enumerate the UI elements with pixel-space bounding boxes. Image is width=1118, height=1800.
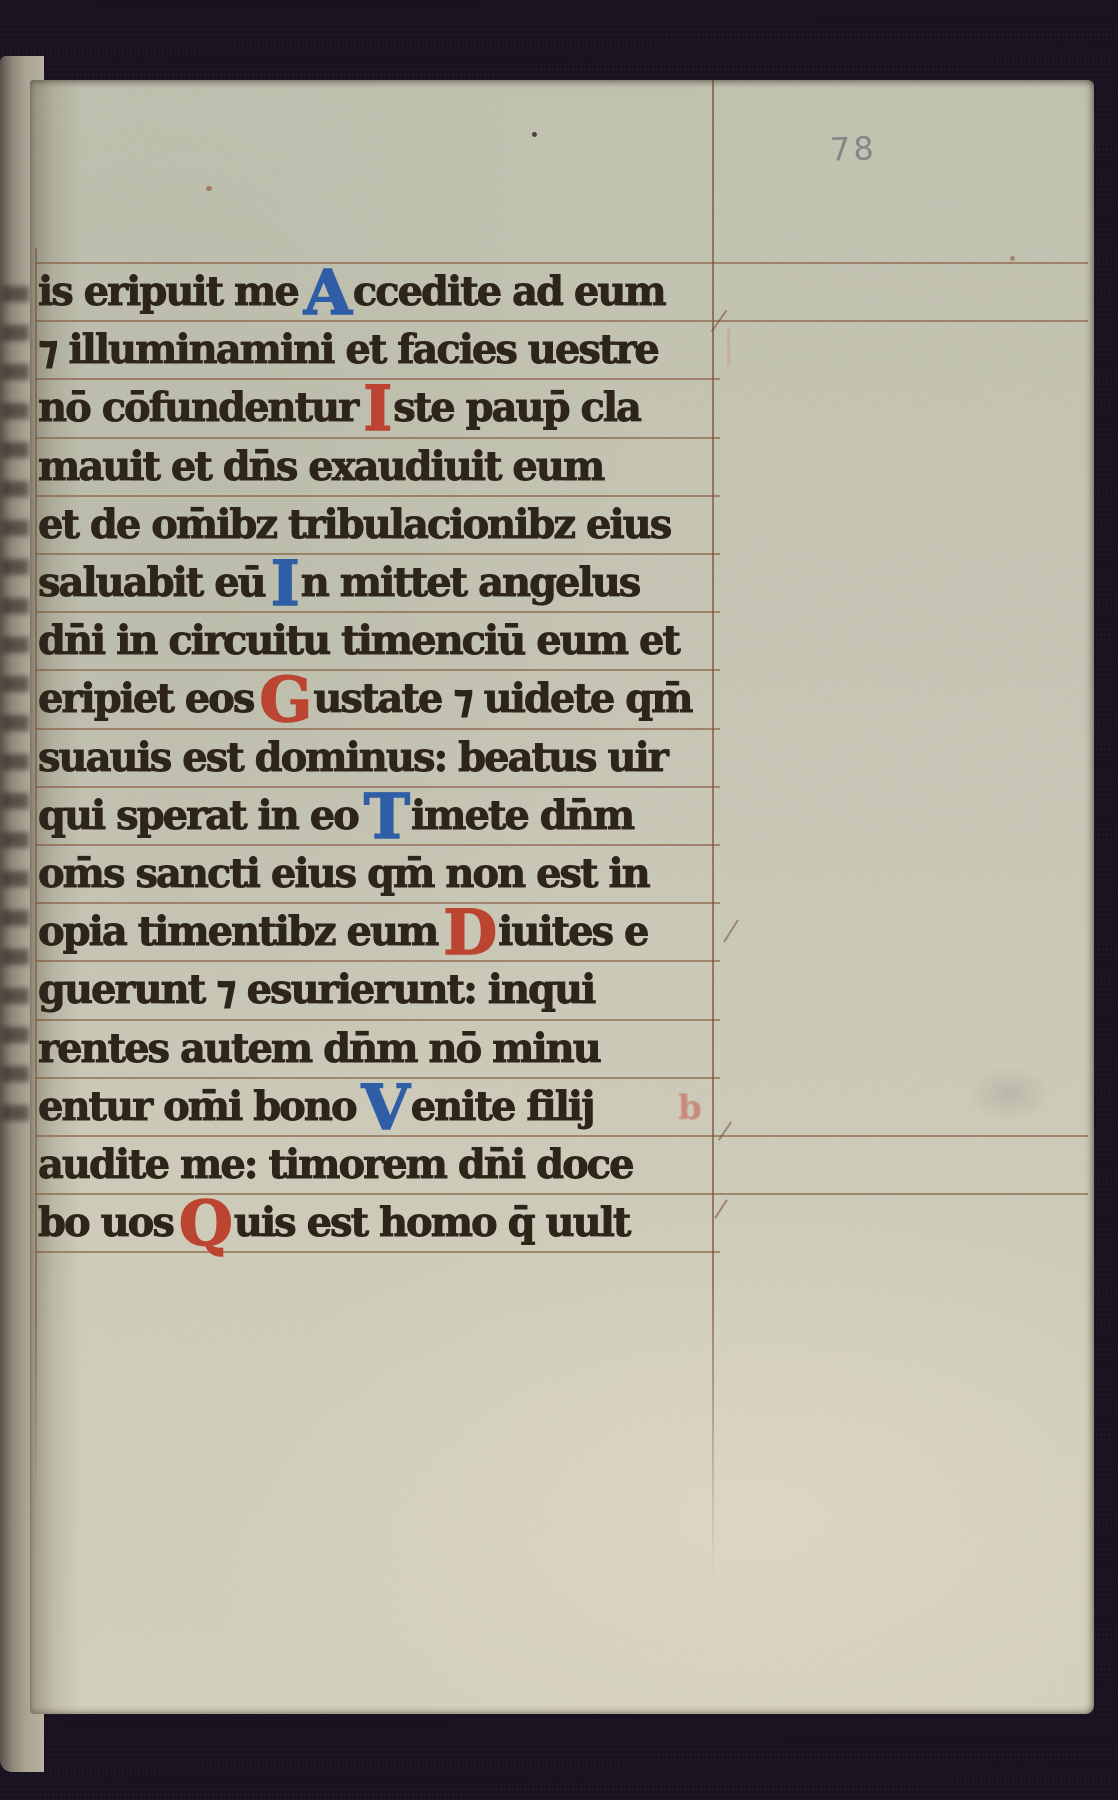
illuminated-initial-A: A bbox=[304, 256, 350, 329]
illuminated-initial-T: T bbox=[364, 780, 408, 853]
folio-number: 78 bbox=[829, 129, 877, 169]
red-guide-mark: b bbox=[678, 1088, 702, 1128]
text-segment: mauit et dn̄s exaudiuit eum bbox=[38, 443, 603, 490]
text-line-8: eripiet eosGustate ⁊ uidete qm̄ bbox=[38, 670, 691, 729]
text-segment: suauis est dominus: beatus uir bbox=[38, 734, 667, 781]
text-segment: entur om̄i bono bbox=[38, 1083, 356, 1130]
text-segment: n mittet angelus bbox=[301, 559, 640, 606]
text-line-4: mauit et dn̄s exaudiuit eum bbox=[38, 438, 603, 497]
text-segment: et de om̄ibz tribulacionibz eius bbox=[38, 501, 670, 548]
text-line-6: saluabit eūIn mittet angelus bbox=[38, 554, 639, 613]
text-line-16: audite me: timorem dn̄i doce bbox=[38, 1136, 633, 1195]
text-line-13: guerunt ⁊ esurierunt: inqui bbox=[38, 961, 594, 1020]
illuminated-initial-I: I bbox=[363, 372, 390, 445]
text-block: is eripuit meAccedite ad eum⁊ illuminami… bbox=[30, 80, 1094, 1714]
text-segment: is eripuit me bbox=[38, 268, 298, 315]
illuminated-initial-V: V bbox=[362, 1071, 408, 1144]
stain-speck bbox=[206, 186, 212, 191]
text-line-1: is eripuit meAccedite ad eum bbox=[38, 263, 665, 322]
text-segment: dn̄i in circuitu timenciū eum et bbox=[38, 617, 679, 664]
text-line-10: qui sperat in eoTimete dn̄m bbox=[38, 787, 633, 846]
text-segment: qui sperat in eo bbox=[38, 792, 358, 839]
ink-speck bbox=[532, 132, 537, 137]
illuminated-initial-G: G bbox=[259, 663, 310, 736]
text-line-15: entur om̄i bonoVenite filij bbox=[38, 1078, 594, 1137]
facing-page-text-blur bbox=[2, 286, 29, 1131]
text-line-9: suauis est dominus: beatus uir bbox=[38, 729, 667, 788]
text-segment: ste paup̄ cla bbox=[393, 384, 640, 431]
text-segment: nō cōfundentur bbox=[38, 384, 357, 431]
illuminated-initial-I: I bbox=[271, 547, 298, 620]
illuminated-initial-D: D bbox=[443, 896, 495, 969]
text-segment: ustate ⁊ uidete qm̄ bbox=[313, 675, 691, 722]
stain-speck bbox=[1010, 256, 1015, 261]
manuscript-photograph: { "manuscript": { "folio_number": "78", … bbox=[0, 0, 1118, 1800]
illuminated-initial-Q: Q bbox=[179, 1187, 231, 1260]
text-segment: uis est homo q̄ uult bbox=[234, 1199, 630, 1246]
text-line-12: opia timentibz eumDiuites e bbox=[38, 903, 647, 962]
text-line-7: dn̄i in circuitu timenciū eum et bbox=[38, 612, 679, 671]
text-segment: ⁊ illuminamini et facies uestre bbox=[38, 326, 658, 373]
text-segment: enite filij bbox=[411, 1083, 594, 1130]
text-line-5: et de om̄ibz tribulacionibz eius bbox=[38, 496, 670, 555]
text-segment: bo uos bbox=[38, 1199, 173, 1246]
text-segment: ccedite ad eum bbox=[353, 268, 665, 315]
text-line-17: bo uosQuis est homo q̄ uult bbox=[38, 1194, 629, 1253]
text-line-2: ⁊ illuminamini et facies uestre bbox=[38, 321, 658, 380]
text-line-11: om̄s sancti eius qm̄ non est in bbox=[38, 845, 649, 904]
text-line-3: nō cōfundenturIste paup̄ cla bbox=[38, 379, 640, 438]
text-segment: audite me: timorem dn̄i doce bbox=[38, 1141, 633, 1188]
text-segment: om̄s sancti eius qm̄ non est in bbox=[38, 850, 649, 897]
faint-red-stroke bbox=[727, 328, 730, 366]
text-segment: eripiet eos bbox=[38, 675, 253, 722]
manuscript-page: is eripuit meAccedite ad eum⁊ illuminami… bbox=[30, 80, 1094, 1714]
text-segment: opia timentibz eum bbox=[38, 908, 437, 955]
text-segment: iuites e bbox=[498, 908, 647, 955]
text-segment: rentes autem dn̄m nō minu bbox=[38, 1025, 600, 1072]
text-line-14: rentes autem dn̄m nō minu bbox=[38, 1020, 600, 1079]
text-segment: imete dn̄m bbox=[411, 792, 633, 839]
text-segment: saluabit eū bbox=[38, 559, 265, 606]
text-segment: guerunt ⁊ esurierunt: inqui bbox=[38, 966, 594, 1013]
